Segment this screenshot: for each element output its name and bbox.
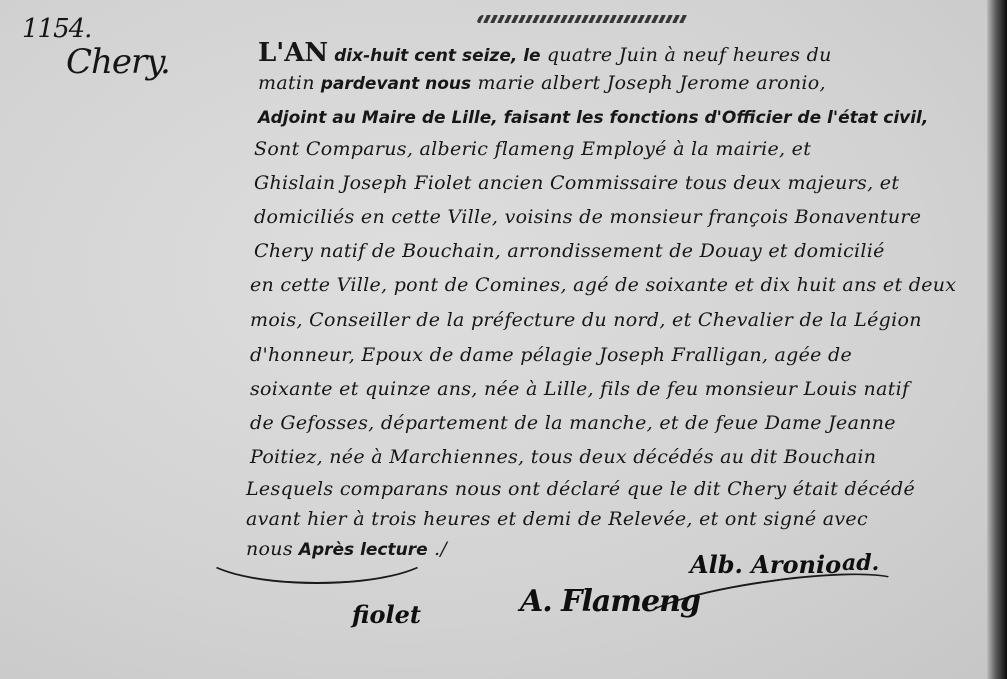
entry-number: 1154. — [22, 14, 91, 44]
record-line-6: domiciliés en cette Ville, voisins de mo… — [254, 206, 921, 228]
record-line-1: L'AN dix-huit cent seize, le quatre Juin… — [258, 38, 832, 68]
handwritten-text: quatre Juin à neuf heures du — [541, 44, 832, 66]
pen-flourish — [200, 520, 434, 584]
record-line-7: Chery natif de Bouchain, arrondissement … — [254, 240, 885, 262]
record-line-2: matin pardevant nous marie albert Joseph… — [258, 72, 826, 94]
signature-flameng: A. Flameng — [520, 584, 700, 619]
signature-fiolet: fiolet — [352, 600, 421, 629]
margin-surname: Chery. — [66, 42, 170, 82]
signature-aronio-suffix: ad. — [842, 550, 879, 576]
record-line-14: Lesquels comparans nous ont déclaré que … — [246, 478, 915, 500]
handwritten-text: marie albert Joseph Jerome aronio, — [471, 72, 826, 94]
signature-aronio: Alb. Aronio — [690, 550, 841, 579]
record-line-4: Sont Comparus, alberic flameng Employé à… — [254, 138, 811, 160]
decorative-ornament-rule — [476, 15, 690, 23]
printed-text: dix-huit cent seize, — [328, 46, 523, 66]
printed-text: le — [523, 46, 540, 66]
record-line-10: d'honneur, Epoux de dame pélagie Joseph … — [250, 344, 852, 366]
record-line-11: soixante et quinze ans, née à Lille, fil… — [250, 378, 909, 400]
record-line-9: mois, Conseiller de la préfecture du nor… — [250, 309, 922, 331]
scanned-register-page: 1154. Chery. L'AN dix-huit cent seize, l… — [0, 0, 1007, 679]
record-line-3: Adjoint au Maire de Lille, faisant les f… — [258, 106, 928, 128]
printed-text: pardevant nous — [315, 74, 471, 94]
printed-text: Adjoint au Maire de Lille, faisant les f… — [258, 108, 928, 128]
printed-heading: L'AN — [258, 38, 328, 68]
record-line-5: Ghislain Joseph Fiolet ancien Commissair… — [254, 172, 899, 194]
record-line-13: Poitiez, née à Marchiennes, tous deux dé… — [250, 446, 876, 468]
scan-binding-shadow — [987, 0, 1007, 679]
record-line-8: en cette Ville, pont de Comines, agé de … — [250, 274, 956, 296]
handwritten-text: matin — [258, 72, 315, 94]
record-line-12: de Gefosses, département de la manche, e… — [250, 412, 896, 434]
